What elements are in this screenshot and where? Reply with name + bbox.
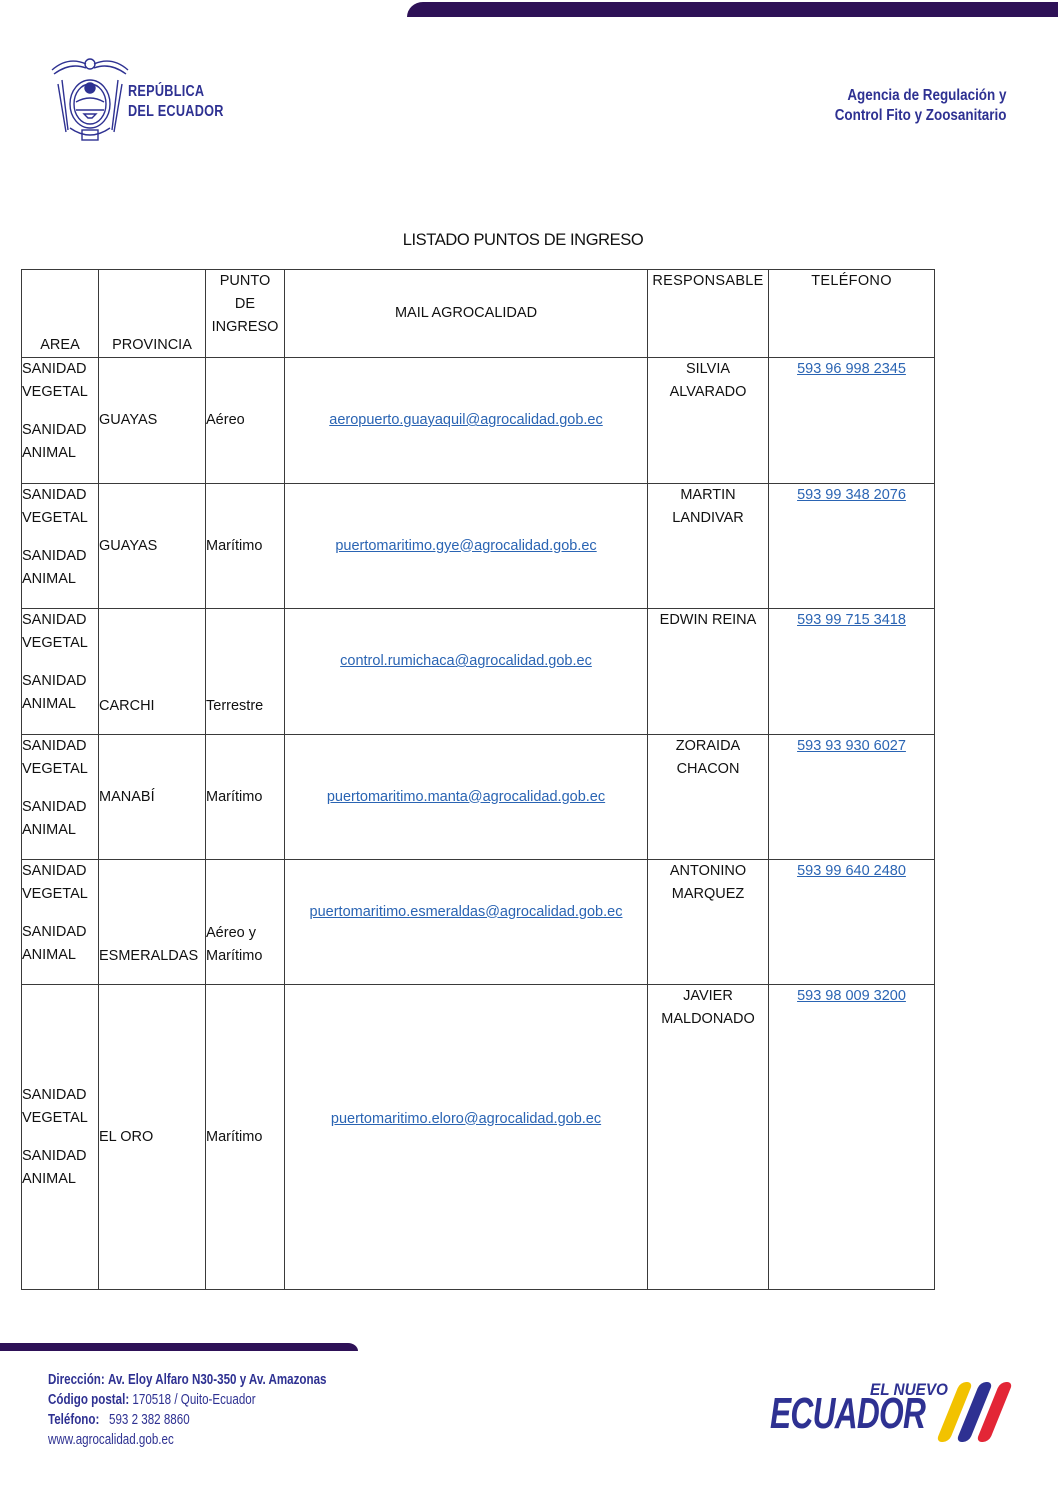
table-row: SANIDADVEGETAL SANIDADANIMAL GUAYAS Aére… [22, 358, 935, 484]
header-telefono: TELÉFONO [769, 270, 935, 358]
postal-label: Código postal: [48, 1392, 129, 1408]
phone-link[interactable]: 593 99 715 3418 [797, 612, 906, 628]
cell-mail: puertomaritimo.eloro@agrocalidad.gob.ec [285, 985, 648, 1290]
phone-link[interactable]: 593 99 348 2076 [797, 487, 906, 503]
provincia-text: CARCHI [99, 698, 155, 714]
government-name: REPÚBLICA DEL ECUADOR [128, 82, 224, 122]
phone-link[interactable]: 593 99 640 2480 [797, 863, 906, 879]
footer-website[interactable]: www.agrocalidad.gob.ec [48, 1430, 327, 1450]
cell-punto-ingreso: Marítimo [206, 484, 285, 609]
phone-label: Teléfono: [48, 1412, 99, 1428]
cell-punto-ingreso: Aéreo yMarítimo [206, 860, 285, 985]
area-text: VEGETAL [22, 883, 98, 906]
table-header-row: AREA PROVINCIA PUNTO DE INGRESO MAIL AGR… [22, 270, 935, 358]
address-label: Dirección: [48, 1372, 105, 1388]
punto-text: Terrestre [206, 695, 284, 718]
area-text: VEGETAL [22, 758, 98, 781]
el-nuevo-ecuador-logo: EL NUEVO ECUADOR [770, 1380, 1010, 1450]
cell-provincia: GUAYAS [99, 484, 206, 609]
punto-text: Aéreo y [206, 922, 284, 945]
cell-telefono: 593 99 348 2076 [769, 484, 935, 609]
responsable-text: MARQUEZ [648, 883, 768, 906]
area-text: SANIDAD [22, 670, 98, 693]
cell-telefono: 593 98 009 3200 [769, 985, 935, 1290]
provincia-text: GUAYAS [99, 412, 157, 428]
area-text: SANIDAD [22, 921, 98, 944]
punto-text: Marítimo [206, 535, 284, 558]
cell-mail: aeropuerto.guayaquil@agrocalidad.gob.ec [285, 358, 648, 484]
responsable-text: JAVIER [648, 985, 768, 1008]
header-area: AREA [22, 270, 99, 358]
area-text: SANIDAD [22, 358, 98, 381]
area-text: ANIMAL [22, 1168, 98, 1191]
header-punto-line2: DE [206, 293, 284, 316]
cell-telefono: 593 96 998 2345 [769, 358, 935, 484]
phone-value: 593 2 382 8860 [109, 1412, 190, 1428]
area-text: SANIDAD [22, 860, 98, 883]
slogan-big: ECUADOR [770, 1392, 925, 1436]
cell-telefono: 593 99 640 2480 [769, 860, 935, 985]
area-text: SANIDAD [22, 545, 98, 568]
email-link[interactable]: puertomaritimo.eloro@agrocalidad.gob.ec [331, 1111, 601, 1127]
cell-provincia: MANABÍ [99, 735, 206, 860]
cell-area: SANIDADVEGETAL SANIDADANIMAL [22, 860, 99, 985]
area-text: VEGETAL [22, 381, 98, 404]
cell-responsable: JAVIERMALDONADO [648, 985, 769, 1290]
area-text: SANIDAD [22, 1084, 98, 1107]
responsable-text: EDWIN REINA [648, 609, 768, 632]
area-text: VEGETAL [22, 632, 98, 655]
header-responsable: RESPONSABLE [648, 270, 769, 358]
address-value: Av. Eloy Alfaro N30-350 y Av. Amazonas [108, 1372, 327, 1388]
area-text: SANIDAD [22, 609, 98, 632]
entry-points-table: AREA PROVINCIA PUNTO DE INGRESO MAIL AGR… [21, 269, 935, 1290]
phone-link[interactable]: 593 96 998 2345 [797, 361, 906, 377]
cell-provincia: ESMERALDAS [99, 860, 206, 985]
agency-name: Agencia de Regulación y Control Fito y Z… [834, 86, 1006, 126]
table-row: SANIDADVEGETAL SANIDADANIMAL MANABÍ Marí… [22, 735, 935, 860]
footer-address: Dirección: Av. Eloy Alfaro N30-350 y Av.… [48, 1370, 327, 1390]
footer-decorative-bar [0, 1343, 358, 1351]
cell-mail: puertomaritimo.gye@agrocalidad.gob.ec [285, 484, 648, 609]
area-text: SANIDAD [22, 484, 98, 507]
area-text: ANIMAL [22, 819, 98, 842]
cell-punto-ingreso: Aéreo [206, 358, 285, 484]
provincia-text: EL ORO [99, 1129, 153, 1145]
cell-responsable: ZORAIDACHACON [648, 735, 769, 860]
email-link[interactable]: puertomaritimo.gye@agrocalidad.gob.ec [335, 538, 596, 554]
provincia-text: GUAYAS [99, 538, 157, 554]
responsable-text: ALVARADO [648, 381, 768, 404]
area-text: VEGETAL [22, 507, 98, 530]
area-text: ANIMAL [22, 442, 98, 465]
cell-area: SANIDADVEGETAL SANIDADANIMAL [22, 735, 99, 860]
cell-area: SANIDADVEGETAL SANIDADANIMAL [22, 609, 99, 735]
punto-text: Marítimo [206, 786, 284, 809]
punto-text: Marítimo [206, 945, 284, 968]
cell-area: SANIDADVEGETAL SANIDADANIMAL [22, 358, 99, 484]
area-text: SANIDAD [22, 1145, 98, 1168]
agency-name-line1: Agencia de Regulación y [834, 86, 1006, 106]
government-name-line1: REPÚBLICA [128, 82, 224, 102]
email-link[interactable]: puertomaritimo.esmeraldas@agrocalidad.go… [310, 904, 623, 920]
responsable-text: MARTIN [648, 484, 768, 507]
email-link[interactable]: aeropuerto.guayaquil@agrocalidad.gob.ec [329, 412, 603, 428]
area-text: SANIDAD [22, 796, 98, 819]
header-punto-line3: INGRESO [206, 316, 284, 339]
area-text: ANIMAL [22, 568, 98, 591]
cell-mail: puertomaritimo.esmeraldas@agrocalidad.go… [285, 860, 648, 985]
agency-name-line2: Control Fito y Zoosanitario [834, 106, 1006, 126]
cell-provincia: CARCHI [99, 609, 206, 735]
government-name-line2: DEL ECUADOR [128, 102, 224, 122]
government-logo: REPÚBLICA DEL ECUADOR [48, 50, 245, 142]
punto-text: Aéreo [206, 409, 284, 432]
cell-area: SANIDADVEGETAL SANIDADANIMAL [22, 484, 99, 609]
area-text: SANIDAD [22, 735, 98, 758]
table-row: SANIDADVEGETAL SANIDADANIMAL CARCHI Terr… [22, 609, 935, 735]
phone-link[interactable]: 593 98 009 3200 [797, 988, 906, 1004]
footer-contact: Dirección: Av. Eloy Alfaro N30-350 y Av.… [48, 1370, 327, 1450]
header-provincia: PROVINCIA [99, 270, 206, 358]
cell-mail: control.rumichaca@agrocalidad.gob.ec [285, 609, 648, 735]
provincia-text: MANABÍ [99, 789, 155, 805]
header-mail: MAIL AGROCALIDAD [285, 270, 648, 358]
area-text: ANIMAL [22, 693, 98, 716]
cell-telefono: 593 99 715 3418 [769, 609, 935, 735]
responsable-text: CHACON [648, 758, 768, 781]
header-punto-ingreso: PUNTO DE INGRESO [206, 270, 285, 358]
area-text: ANIMAL [22, 944, 98, 967]
cell-telefono: 593 93 930 6027 [769, 735, 935, 860]
responsable-text: MALDONADO [648, 1008, 768, 1031]
responsable-text: ZORAIDA [648, 735, 768, 758]
document-title: LISTADO PUNTOS DE INGRESO [0, 231, 1046, 250]
area-text: VEGETAL [22, 1107, 98, 1130]
area-text: SANIDAD [22, 419, 98, 442]
footer-postal: Código postal: 170518 / Quito-Ecuador [48, 1390, 327, 1410]
cell-punto-ingreso: Marítimo [206, 985, 285, 1290]
cell-responsable: MARTINLANDIVAR [648, 484, 769, 609]
table-row: SANIDADVEGETAL SANIDADANIMAL ESMERALDAS … [22, 860, 935, 985]
email-link[interactable]: control.rumichaca@agrocalidad.gob.ec [340, 653, 592, 669]
provincia-text: ESMERALDAS [99, 948, 198, 964]
phone-link[interactable]: 593 93 930 6027 [797, 738, 906, 754]
cell-responsable: SILVIAALVARADO [648, 358, 769, 484]
responsable-text: LANDIVAR [648, 507, 768, 530]
punto-text: Marítimo [206, 1126, 284, 1149]
table-row: SANIDADVEGETAL SANIDADANIMAL EL ORO Marí… [22, 985, 935, 1290]
header-decorative-bar [407, 2, 1058, 17]
cell-punto-ingreso: Terrestre [206, 609, 285, 735]
footer-phone: Teléfono: 593 2 382 8860 [48, 1410, 327, 1430]
email-link[interactable]: puertomaritimo.manta@agrocalidad.gob.ec [327, 789, 605, 805]
cell-punto-ingreso: Marítimo [206, 735, 285, 860]
cell-responsable: ANTONINOMARQUEZ [648, 860, 769, 985]
cell-mail: puertomaritimo.manta@agrocalidad.gob.ec [285, 735, 648, 860]
cell-provincia: GUAYAS [99, 358, 206, 484]
cell-area: SANIDADVEGETAL SANIDADANIMAL [22, 985, 99, 1290]
header-punto-line1: PUNTO [206, 270, 284, 293]
website-link[interactable]: www.agrocalidad.gob.ec [48, 1432, 174, 1448]
postal-value: 170518 / Quito-Ecuador [132, 1392, 255, 1408]
cell-provincia: EL ORO [99, 985, 206, 1290]
cell-responsable: EDWIN REINA [648, 609, 769, 735]
responsable-text: ANTONINO [648, 860, 768, 883]
responsable-text: SILVIA [648, 358, 768, 381]
coat-of-arms-icon [48, 50, 132, 142]
table-row: SANIDADVEGETAL SANIDADANIMAL GUAYAS Marí… [22, 484, 935, 609]
